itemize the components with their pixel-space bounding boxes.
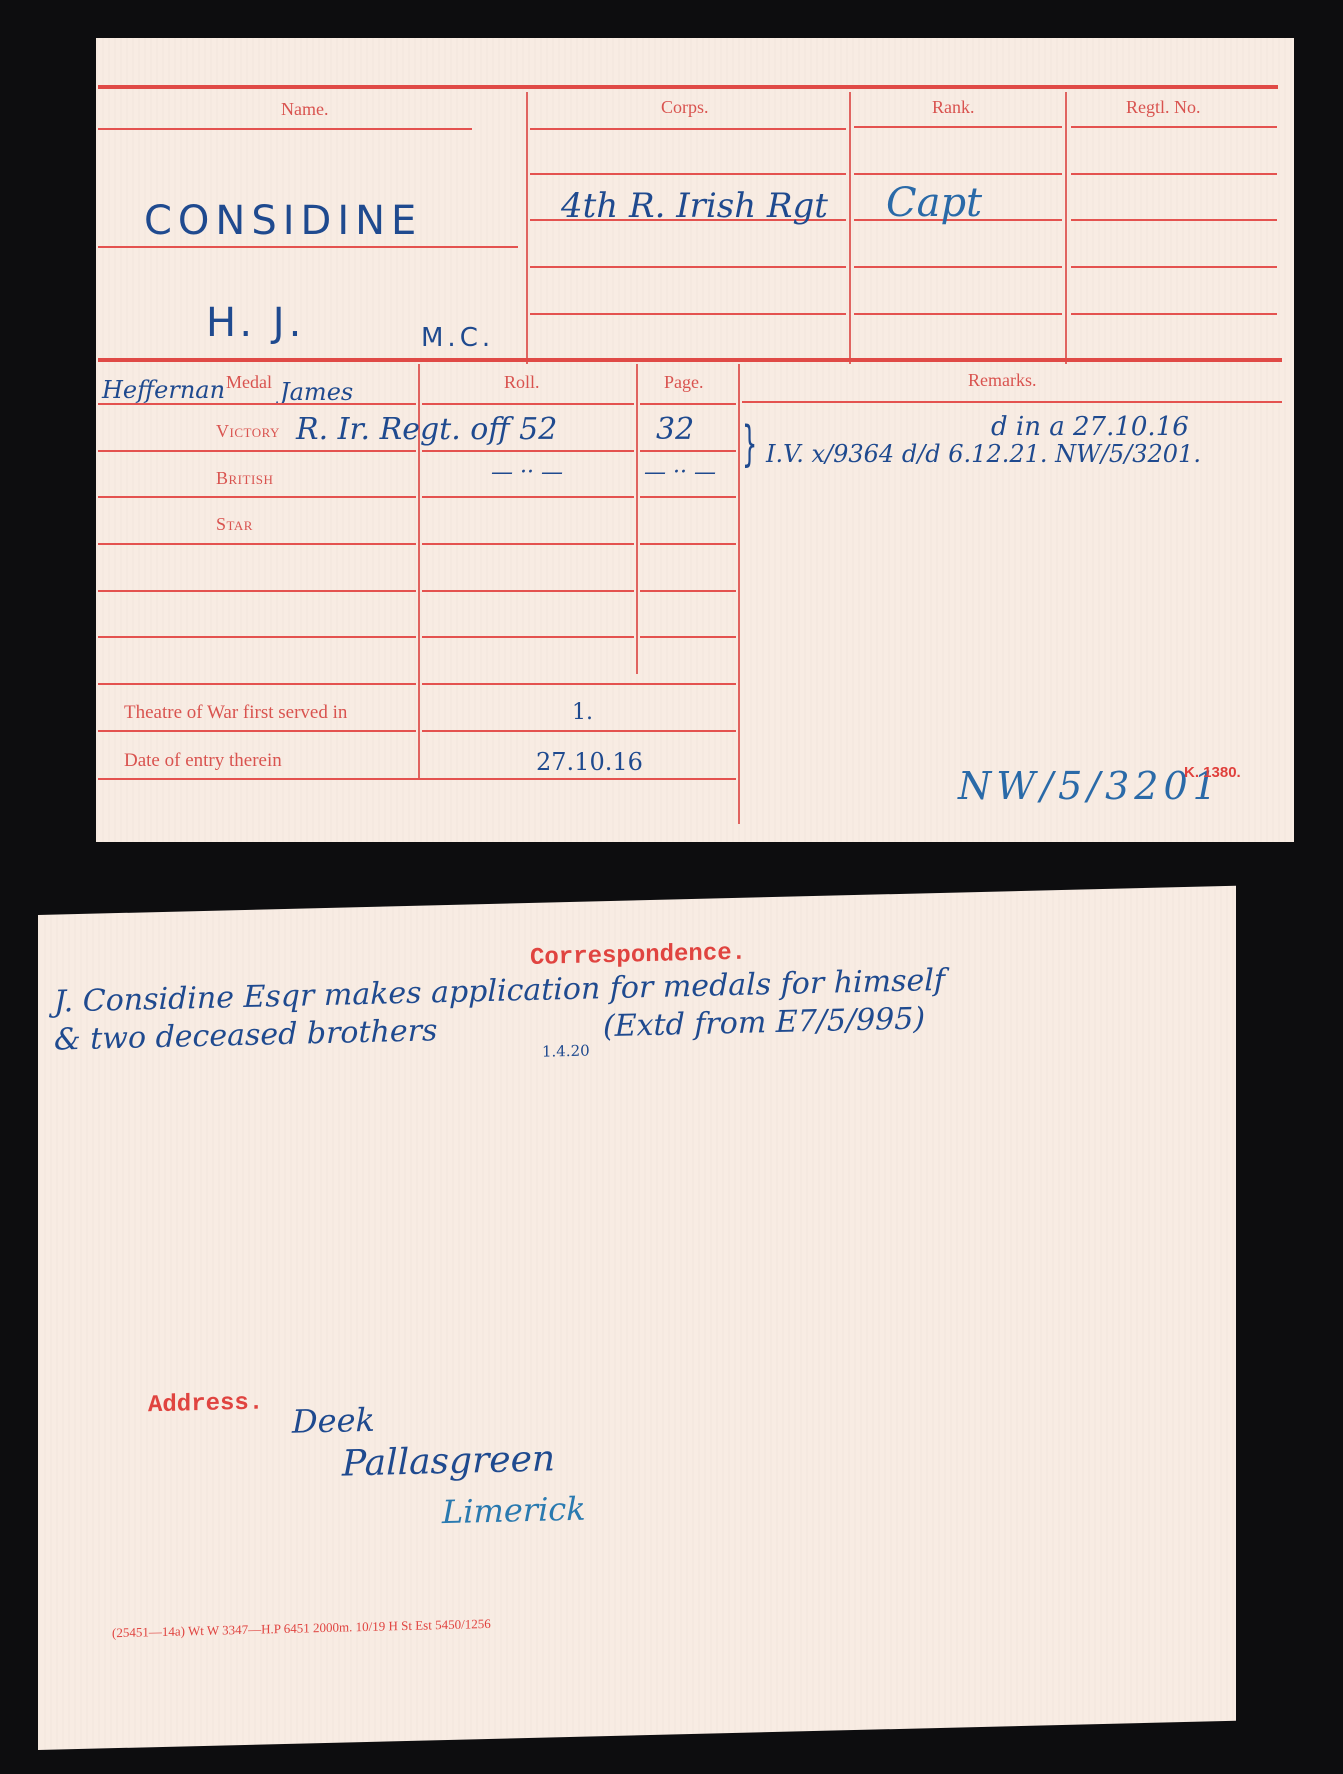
rule	[98, 403, 416, 405]
rule	[640, 636, 736, 638]
address-line-1: Deek	[292, 1401, 375, 1441]
corps-value: 4th R. Irish Rgt	[561, 186, 828, 226]
rule	[742, 401, 1282, 403]
correspondence-reference: (Extd from E7/5/995)	[603, 1001, 925, 1044]
header-rank: Rank.	[932, 97, 975, 118]
address-label: Address.	[148, 1389, 263, 1419]
rule	[640, 496, 736, 498]
medal-label-victory: Victory	[216, 421, 280, 442]
rule	[854, 173, 1062, 175]
rule	[640, 403, 736, 405]
rule	[422, 450, 634, 452]
form-code: K. 1380.	[1184, 764, 1241, 781]
rule	[98, 128, 472, 130]
rule	[98, 450, 416, 452]
rule	[422, 590, 634, 592]
rule	[530, 128, 846, 130]
medal-card-back: Correspondence. J. Considine Esqr makes …	[38, 886, 1236, 1750]
date-entry-value: 27.10.16	[536, 748, 643, 776]
correspondence-heading: Correspondence.	[530, 940, 746, 972]
divider-rank-regt	[1065, 92, 1067, 364]
rule	[1071, 219, 1277, 221]
header-roll: Roll.	[504, 372, 540, 393]
header-medal: Medal	[226, 372, 272, 393]
rule	[1071, 313, 1277, 315]
annotation-heffernan: Heffernan	[102, 376, 225, 404]
rule	[422, 543, 634, 545]
header-corps: Corps.	[661, 97, 709, 118]
date-entry-label: Date of entry therein	[124, 750, 282, 772]
header-remarks: Remarks.	[968, 370, 1036, 391]
rule	[422, 683, 736, 685]
printer-imprint: (25451—14a) Wt W 3347—H.P 6451 2000m. 10…	[112, 1616, 491, 1641]
annotation-james: James	[280, 378, 353, 406]
divider-name-corps	[526, 92, 528, 364]
rank-value: Capt	[886, 180, 982, 226]
rule	[1071, 173, 1277, 175]
divider-roll-page	[636, 364, 638, 674]
remarks-line-2: I.V. x/9364 d/d 6.12.21. NW/5/3201.	[766, 440, 1201, 468]
theatre-value: 1.	[572, 700, 593, 725]
divider-corps-rank	[849, 92, 851, 364]
rule	[422, 496, 634, 498]
rule	[854, 126, 1062, 128]
medal-label-star: Star	[216, 514, 253, 535]
medal-card-front: Name. Corps. Rank. Regtl. No. CONSIDINE …	[96, 38, 1294, 842]
british-page-value: — ·· —	[644, 460, 716, 485]
victory-page-value: 32	[656, 412, 694, 447]
rule	[640, 590, 736, 592]
rule	[98, 778, 736, 780]
rule	[640, 543, 736, 545]
victory-roll-value: R. Ir. Regt. off 52	[296, 412, 557, 447]
surname-value: CONSIDINE	[144, 198, 422, 244]
rule	[98, 730, 416, 732]
rule	[854, 313, 1062, 315]
header-page: Page.	[664, 372, 704, 393]
remarks-line-1: d in a 27.10.16	[991, 412, 1189, 442]
address-line-3: Limerick	[442, 1490, 586, 1532]
rule	[422, 730, 736, 732]
divider-page-remarks	[738, 364, 740, 824]
rule	[422, 636, 634, 638]
rule	[98, 590, 416, 592]
rule	[530, 266, 846, 268]
rule	[98, 543, 416, 545]
medal-section-rule	[98, 358, 1282, 362]
medal-label-british: British	[216, 468, 273, 489]
remarks-brace-icon: }	[742, 416, 757, 472]
header-top-rule	[98, 85, 1278, 89]
rule	[854, 266, 1062, 268]
correspondence-line-2: & two deceased brothers	[54, 1013, 437, 1057]
rule	[530, 173, 846, 175]
rule	[98, 246, 518, 248]
rule	[1071, 126, 1277, 128]
rule	[98, 683, 416, 685]
rule	[422, 403, 634, 405]
theatre-label: Theatre of War first served in	[124, 702, 347, 724]
header-regt-no: Regtl. No.	[1126, 97, 1201, 118]
correspondence-date: 1.4.20	[542, 1042, 590, 1061]
honours-value: M.C.	[421, 323, 494, 353]
reference-number: NW/5/3201	[958, 764, 1222, 808]
address-line-2: Pallasgreen	[342, 1438, 555, 1484]
header-name: Name.	[281, 99, 328, 120]
initials-value: H. J.	[206, 300, 305, 346]
rule	[530, 313, 846, 315]
british-roll-value: — ·· —	[491, 460, 563, 485]
rule	[1071, 266, 1277, 268]
rule	[98, 496, 416, 498]
rule	[98, 636, 416, 638]
rule	[640, 450, 736, 452]
